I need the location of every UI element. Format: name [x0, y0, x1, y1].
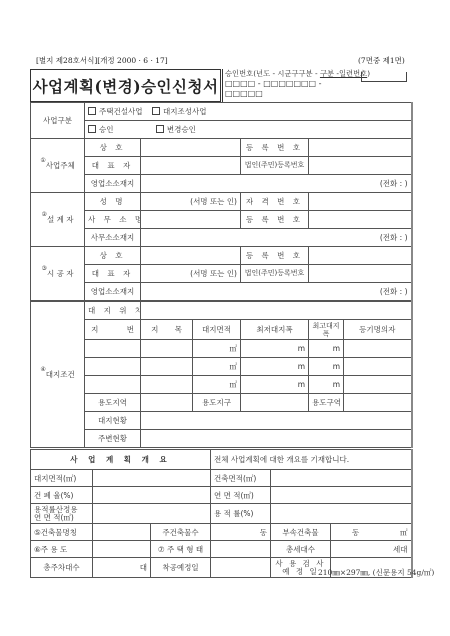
max-width-field[interactable]: m: [309, 340, 344, 358]
designer-address-label: 사무소소재지: [85, 229, 141, 247]
site-area-field[interactable]: ㎡: [193, 376, 241, 394]
surroundings-label: 주변현황: [85, 430, 141, 448]
building-area-label: 건축면적(㎡): [211, 470, 271, 487]
option-housing: 주택건설사업: [99, 107, 142, 116]
site-area-input[interactable]: [93, 470, 211, 487]
entity-reg-field[interactable]: [309, 139, 412, 157]
site-location-label: 대 지 위 치: [85, 302, 141, 320]
min-width-field[interactable]: m: [241, 340, 309, 358]
site-conditions-table: ④대지조건 대 지 위 치 지 번 지 목 대지면적 최저대지폭 최고대지폭 등…: [30, 301, 413, 448]
use-area-label: 용도구역: [309, 394, 344, 412]
circled-number-1: ①: [40, 157, 45, 164]
col-lot-number: 지 번: [85, 320, 141, 340]
form-reference: [별지 제28호서식][개정 2000 · 6 · 17]: [36, 55, 168, 66]
coverage-input[interactable]: [93, 487, 211, 504]
entity-name-field[interactable]: [141, 139, 241, 157]
entity-corp-reg-label: 법인(주민)등록번호: [241, 157, 309, 175]
land-category-field[interactable]: [141, 376, 193, 394]
coverage-label: 건 폐 율(%): [31, 487, 93, 504]
circled-number-3: ③: [42, 265, 47, 272]
main-use-label: ⑥주 용 도: [31, 541, 93, 558]
lot-number-field[interactable]: [85, 358, 141, 376]
designer-reg-label: 등 록 번 호: [241, 211, 309, 229]
site-row: ㎡ m m: [31, 340, 412, 358]
contractor-reg-field[interactable]: [309, 247, 412, 265]
land-category-field[interactable]: [141, 358, 193, 376]
contractor-address-label: 영업소소재지: [85, 283, 141, 301]
parking-input[interactable]: 대: [93, 558, 151, 578]
option-approval: 승인: [99, 125, 114, 134]
use-district-field[interactable]: [241, 394, 309, 412]
site-location-field[interactable]: [141, 302, 412, 320]
sqm-unit: ㎡: [400, 527, 408, 538]
application-form-table: 사업구분 주택건설사업 대지조성사업 승인 변경승인 ①사업주체 상 호 등 록…: [30, 102, 413, 301]
col-registered-owner: 등기명의자: [344, 320, 412, 340]
entity-name-label: 상 호: [85, 139, 141, 157]
entity-address-label: 영업소소재지: [85, 175, 141, 193]
site-area-field[interactable]: ㎡: [193, 340, 241, 358]
approval-label-prefix: 승인번호(년도 - 시군구구분 -: [225, 69, 320, 78]
contractor-reg-label: 등 록 번 호: [241, 247, 309, 265]
building-name-input[interactable]: [93, 524, 151, 541]
start-date-label: 착공예정일: [151, 558, 211, 578]
checkbox-approval[interactable]: [88, 125, 96, 133]
entity-reg-label: 등 록 번 호: [241, 139, 309, 157]
option-site-development: 대지조성사업: [163, 107, 206, 116]
col-site-area: 대지면적: [193, 320, 241, 340]
business-type-row1: 주택건설사업 대지조성사업: [85, 103, 412, 121]
site-area-field[interactable]: ㎡: [193, 358, 241, 376]
min-width-field[interactable]: m: [241, 358, 309, 376]
contractor-rep-label: 대 표 자: [85, 265, 141, 283]
use-zone-field[interactable]: [141, 394, 193, 412]
households-label: 총세대수: [271, 541, 331, 558]
approval-boxes-line2[interactable]: □□□□□: [225, 89, 412, 99]
business-entity-text: 사업주체: [46, 161, 75, 170]
designer-reg-field[interactable]: [309, 211, 412, 229]
main-building-count-label: 주건축물수: [151, 524, 211, 541]
land-category-field[interactable]: [141, 340, 193, 358]
approval-number-area: 승인번호(년도 - 시군구구분 - 구분 -일련번호) □□□□ - □□□□□…: [222, 69, 412, 102]
parking-label: 총주차대수: [31, 558, 93, 578]
contractor-corp-reg-field[interactable]: [309, 265, 412, 283]
main-building-count-input[interactable]: 동: [211, 524, 271, 541]
contractor-rep-field[interactable]: (서명 또는 인): [141, 265, 241, 283]
designer-office-label: 사 무 소 명: [85, 211, 141, 229]
designer-name-label: 성 명: [85, 193, 141, 211]
site-conditions-text: 대지조건: [46, 370, 75, 379]
contractor-name-label: 상 호: [85, 247, 141, 265]
serial-number-bracket: [361, 72, 407, 82]
owner-field[interactable]: [344, 358, 412, 376]
contractor-address-field[interactable]: (전화 : ): [141, 283, 412, 301]
households-input[interactable]: 세대: [331, 541, 412, 558]
far-floor-area-input[interactable]: [93, 504, 211, 524]
site-conditions-label: ④대지조건: [31, 302, 85, 448]
site-status-label: 대지현황: [85, 412, 141, 430]
entity-rep-label: 대 표 자: [85, 157, 141, 175]
owner-field[interactable]: [344, 340, 412, 358]
contractor-corp-reg-label: 법인(주민)등록번호: [241, 265, 309, 283]
owner-field[interactable]: [344, 376, 412, 394]
site-row: ㎡ m m: [31, 358, 412, 376]
circled-number-4: ④: [40, 366, 45, 373]
housing-type-input[interactable]: [211, 541, 271, 558]
floor-area-label: 연 면 적(㎡): [211, 487, 271, 504]
contractor-name-field[interactable]: [141, 247, 241, 265]
site-area-label: 대지면적(㎡): [31, 470, 93, 487]
designer-license-label: 자 격 번 호: [241, 193, 309, 211]
main-use-input[interactable]: [93, 541, 151, 558]
far-input[interactable]: [271, 504, 412, 524]
option-change-approval: 변경승인: [167, 125, 196, 134]
entity-address-field[interactable]: (전화 : ): [141, 175, 412, 193]
use-zone-label: 용도지역: [85, 394, 141, 412]
col-land-category: 지 목: [141, 320, 193, 340]
col-max-width: 최고대지폭: [309, 320, 344, 340]
designer-text: 설 계 자: [47, 215, 74, 224]
building-name-label: ⑤건축물명칭: [31, 524, 93, 541]
page-info: (7면중 제1면): [358, 55, 405, 66]
business-type-label: 사업구분: [31, 103, 85, 139]
designer-label: ②설 계 자: [31, 193, 85, 247]
checkbox-housing[interactable]: [88, 107, 96, 115]
plan-summary-title: 사 업 계 획 개 요: [31, 450, 211, 470]
contractor-text: 시 공 자: [47, 269, 74, 278]
plan-summary-note: 전체 사업계획에 대한 개요를 기재합니다.: [211, 450, 412, 470]
far-label: 용 적 률(%): [211, 504, 271, 524]
accessory-building-label: 부속건축물: [271, 524, 331, 541]
designer-name-field[interactable]: (서명 또는 인): [141, 193, 241, 211]
use-area-field[interactable]: [344, 394, 412, 412]
lot-number-field[interactable]: [85, 376, 141, 394]
checkbox-site-development[interactable]: [152, 107, 160, 115]
surroundings-field[interactable]: [141, 430, 412, 448]
use-district-label: 용도지구: [193, 394, 241, 412]
entity-corp-reg-field[interactable]: [309, 157, 412, 175]
floor-area-input[interactable]: [271, 487, 412, 504]
business-entity-label: ①사업주체: [31, 139, 85, 193]
min-width-field[interactable]: m: [241, 376, 309, 394]
building-area-input[interactable]: [271, 470, 412, 487]
far-floor-area-label: 용적률산정용연 면 적(㎡): [31, 504, 93, 524]
site-status-field[interactable]: [141, 412, 412, 430]
start-date-input[interactable]: [211, 558, 271, 578]
accessory-building-input[interactable]: 동㎡: [331, 524, 412, 541]
site-row: ㎡ m m: [31, 376, 412, 394]
plan-summary-table: 사 업 계 획 개 요 전체 사업계획에 대한 개요를 기재합니다. 대지면적(…: [30, 449, 413, 578]
business-type-row2: 승인 변경승인: [85, 121, 412, 139]
circled-number-2: ②: [42, 211, 47, 218]
designer-license-field[interactable]: [309, 193, 412, 211]
max-width-field[interactable]: m: [309, 358, 344, 376]
contractor-label: ③시 공 자: [31, 247, 85, 301]
designer-office-field[interactable]: [141, 211, 241, 229]
dong-unit: 동: [352, 528, 359, 537]
paper-spec: 210㎜×297㎜, (신문용지 54g/㎡): [318, 567, 434, 578]
col-min-width: 최저대지폭: [241, 320, 309, 340]
max-width-field[interactable]: m: [309, 376, 344, 394]
checkbox-change-approval[interactable]: [156, 125, 164, 133]
lot-number-field[interactable]: [85, 340, 141, 358]
entity-rep-field[interactable]: [141, 157, 241, 175]
housing-type-label: ⑦ 주 택 형 태: [151, 541, 211, 558]
form-title: 사업계획(변경)승인신청서: [30, 69, 221, 102]
designer-address-field[interactable]: (전화 : ): [141, 229, 412, 247]
far-floor-area-line2: 연 면 적(㎡): [34, 514, 89, 522]
